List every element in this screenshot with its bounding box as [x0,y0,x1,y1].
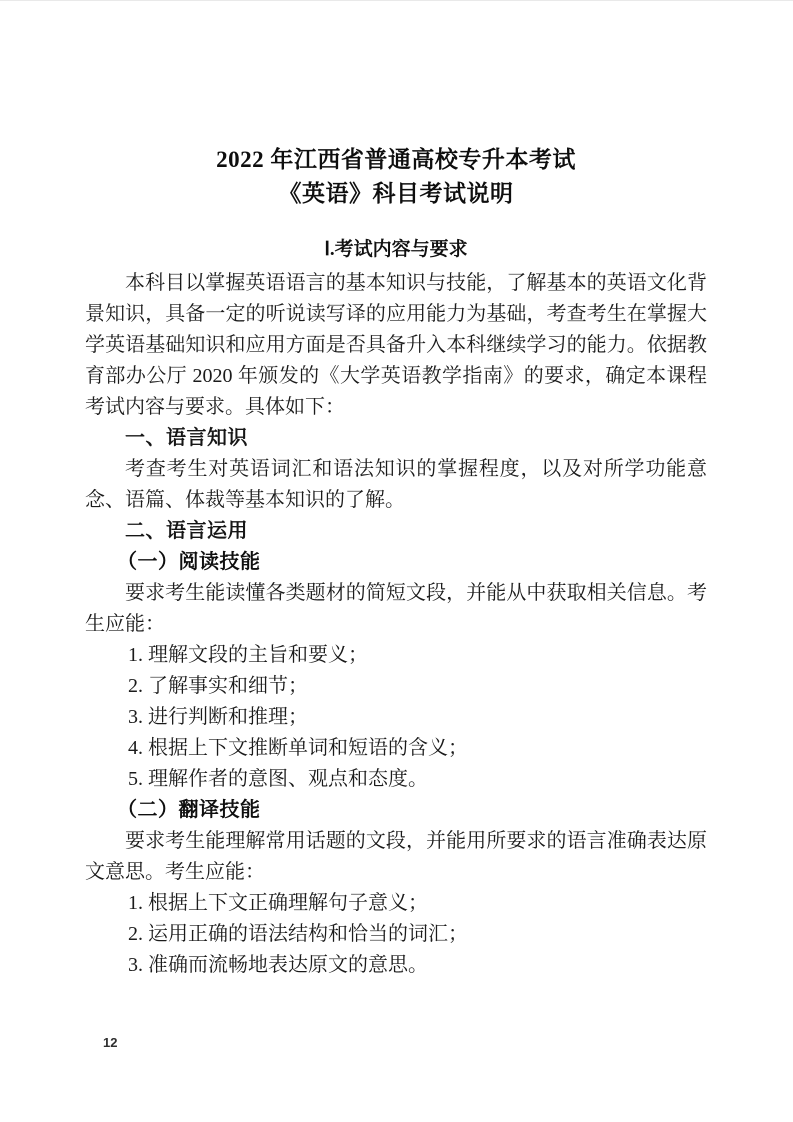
document-content: 2022 年江西省普通高校专升本考试 《英语》科目考试说明 Ⅰ.考试内容与要求 … [85,1,707,981]
page-number: 12 [103,1035,117,1051]
language-knowledge-paragraph: 考查考生对英语词汇和语法知识的掌握程度，以及对所学功能意念、语篇、体裁等基本知识… [85,454,707,516]
document-page: 2022 年江西省普通高校专升本考试 《英语》科目考试说明 Ⅰ.考试内容与要求 … [0,0,793,1122]
reading-skill-item: 1. 理解文段的主旨和要义； [85,640,707,671]
translation-skill-heading: （二）翻译技能 [85,795,707,826]
translation-skill-item: 3. 准确而流畅地表达原文的意思。 [85,950,707,981]
subsection-language-knowledge-heading: 一、语言知识 [85,423,707,454]
reading-skill-heading: （一）阅读技能 [85,547,707,578]
reading-skill-item: 4. 根据上下文推断单词和短语的含义； [85,733,707,764]
section-heading-exam-content: Ⅰ.考试内容与要求 [85,236,707,263]
reading-skill-item: 5. 理解作者的意图、观点和态度。 [85,764,707,795]
translation-skill-item: 1. 根据上下文正确理解句子意义； [85,888,707,919]
reading-skill-item: 3. 进行判断和推理； [85,702,707,733]
reading-skill-intro: 要求考生能读懂各类题材的简短文段，并能从中获取相关信息。考生应能： [85,578,707,640]
intro-paragraph: 本科目以掌握英语语言的基本知识与技能，了解基本的英语文化背景知识，具备一定的听说… [85,268,707,423]
document-body: 本科目以掌握英语语言的基本知识与技能，了解基本的英语文化背景知识，具备一定的听说… [85,268,707,981]
translation-skill-item: 2. 运用正确的语法结构和恰当的词汇； [85,919,707,950]
document-title-line1: 2022 年江西省普通高校专升本考试 [85,143,707,177]
translation-skill-intro: 要求考生能理解常用话题的文段，并能用所要求的语言准确表达原文意思。考生应能： [85,826,707,888]
document-title-line2: 《英语》科目考试说明 [85,177,707,211]
subsection-language-use-heading: 二、语言运用 [85,516,707,547]
reading-skill-item: 2. 了解事实和细节； [85,671,707,702]
document-title: 2022 年江西省普通高校专升本考试 《英语》科目考试说明 [85,143,707,211]
